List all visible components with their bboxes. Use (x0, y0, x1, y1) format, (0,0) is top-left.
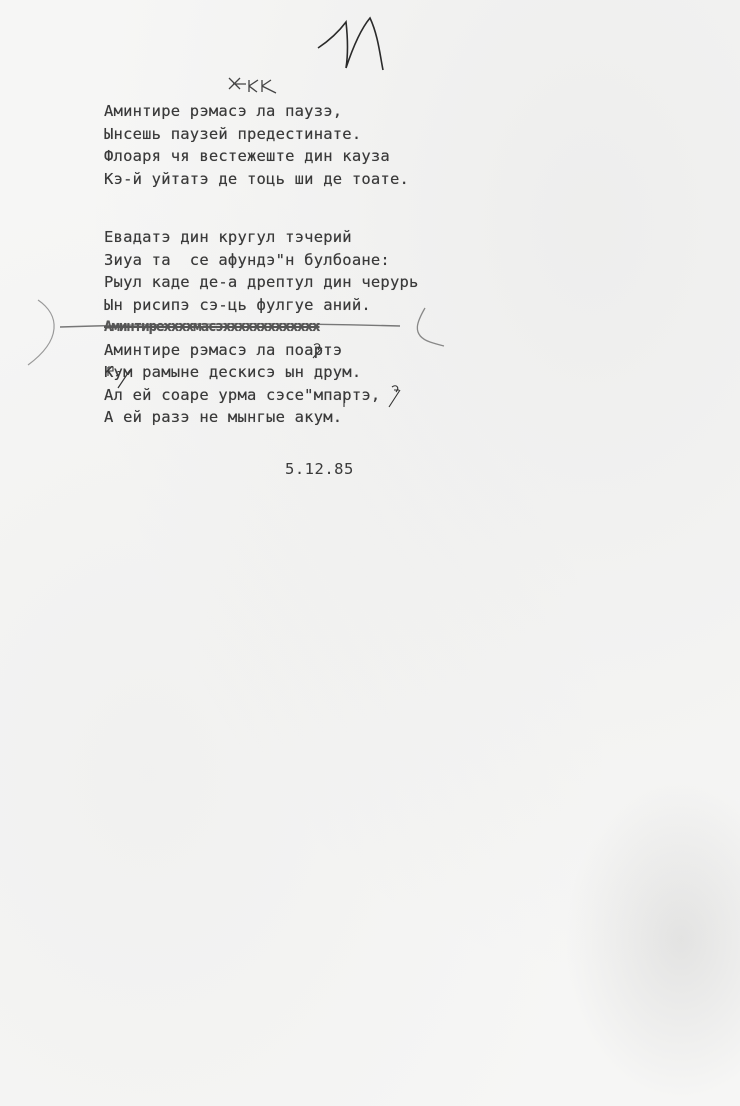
poem-line: Флоаря чя вестежеште дин кауза (104, 145, 409, 168)
page-number-mark-icon (318, 18, 383, 70)
poem-line: Рыул каде де-а дрептул дин черурь (104, 271, 419, 294)
poem-line: Ал ей соаре урма сэсе"мпартэ, (104, 384, 419, 407)
poem-line: Аминтире рэмасэ ла поартэ (104, 339, 419, 362)
stanza-1: Аминтире рэмасэ ла паузэ, Ынсешь паузей … (104, 100, 409, 190)
poem-line: Ын рисипэ сэ-ць фулгуе аний. (104, 294, 419, 317)
poem-line: Евадатэ дин кругул тэчерий (104, 226, 419, 249)
poem-line: Кум рамыне дескисэ ын друм. (104, 361, 419, 384)
stanza-2: Евадатэ дин кругул тэчерий Зиуа та се аф… (104, 226, 419, 429)
poem-line: Аминтире рэмасэ ла паузэ, (104, 100, 409, 123)
poem-line: Зиуа та се афундэ"н булбоане: (104, 249, 419, 272)
margin-bracket-icon (28, 300, 54, 365)
struck-out-line: Аминтиреххххмасэххххххххххххх (104, 316, 419, 339)
date-line: 5.12.85 (285, 460, 354, 478)
poem-line: Кэ-й уйтатэ де тоць ши де тоате. (104, 168, 409, 191)
poem-line: А ей разэ не мынгые акум. (104, 406, 419, 429)
poem-line: Ынсешь паузей предестинате. (104, 123, 409, 146)
margin-curve-icon (417, 308, 444, 346)
typewritten-page: Аминтире рэмасэ ла паузэ, Ынсешь паузей … (0, 0, 740, 1106)
